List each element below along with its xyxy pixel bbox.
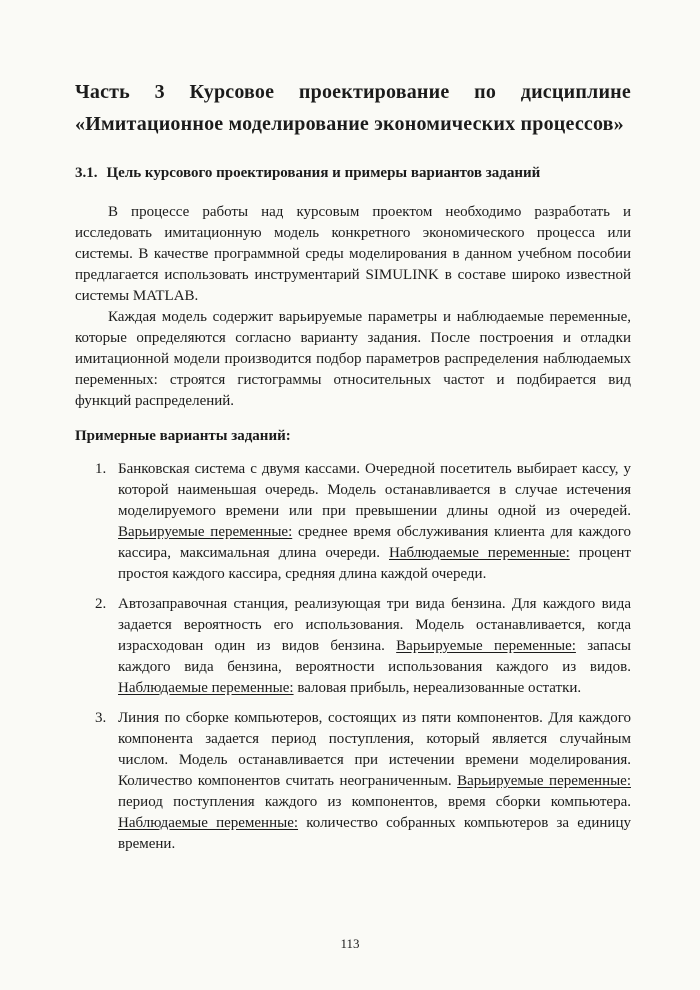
list-intro-heading: Примерные варианты заданий:: [75, 426, 631, 447]
task-text: валовая прибыль, нереализованные остатки…: [294, 680, 582, 696]
paragraph-intro-2: Каждая модель содержит варьируемые парам…: [75, 307, 631, 412]
underlined-term-observed: Наблюдаемые переменные:: [389, 545, 570, 561]
underlined-term-variable: Варьируемые переменные:: [118, 524, 292, 540]
task-item-2: 2. Автозаправочная станция, реализующая …: [75, 594, 631, 699]
underlined-term-observed: Наблюдаемые переменные:: [118, 680, 294, 696]
section-heading: 3.1.Цель курсового проектирования и прим…: [75, 163, 631, 184]
section-title-text: Цель курсового проектирования и примеры …: [107, 165, 541, 181]
task-number: 1.: [95, 459, 106, 480]
task-item-1: 1. Банковская система с двумя кассами. О…: [75, 459, 631, 585]
task-text: период поступления каждого из компоненто…: [118, 794, 631, 810]
underlined-term-variable: Варьируемые переменные:: [457, 773, 631, 789]
document-title: Часть 3 Курсовое проектирование по дисци…: [75, 76, 631, 140]
task-text: Банковская система с двумя кассами. Очер…: [118, 461, 631, 519]
paragraph-intro-1: В процессе работы над курсовым проектом …: [75, 202, 631, 307]
task-number: 3.: [95, 708, 106, 729]
document-page: Часть 3 Курсовое проектирование по дисци…: [0, 0, 700, 990]
underlined-term-variable: Варьируемые переменные:: [396, 638, 576, 654]
task-list: 1. Банковская система с двумя кассами. О…: [75, 459, 631, 855]
page-number: 113: [0, 936, 700, 952]
task-number: 2.: [95, 594, 106, 615]
task-item-3: 3. Линия по сборке компьютеров, состоящи…: [75, 708, 631, 855]
underlined-term-observed: Наблюдаемые переменные:: [118, 815, 298, 831]
page-content: Часть 3 Курсовое проектирование по дисци…: [75, 76, 631, 864]
section-number: 3.1.: [75, 165, 98, 181]
